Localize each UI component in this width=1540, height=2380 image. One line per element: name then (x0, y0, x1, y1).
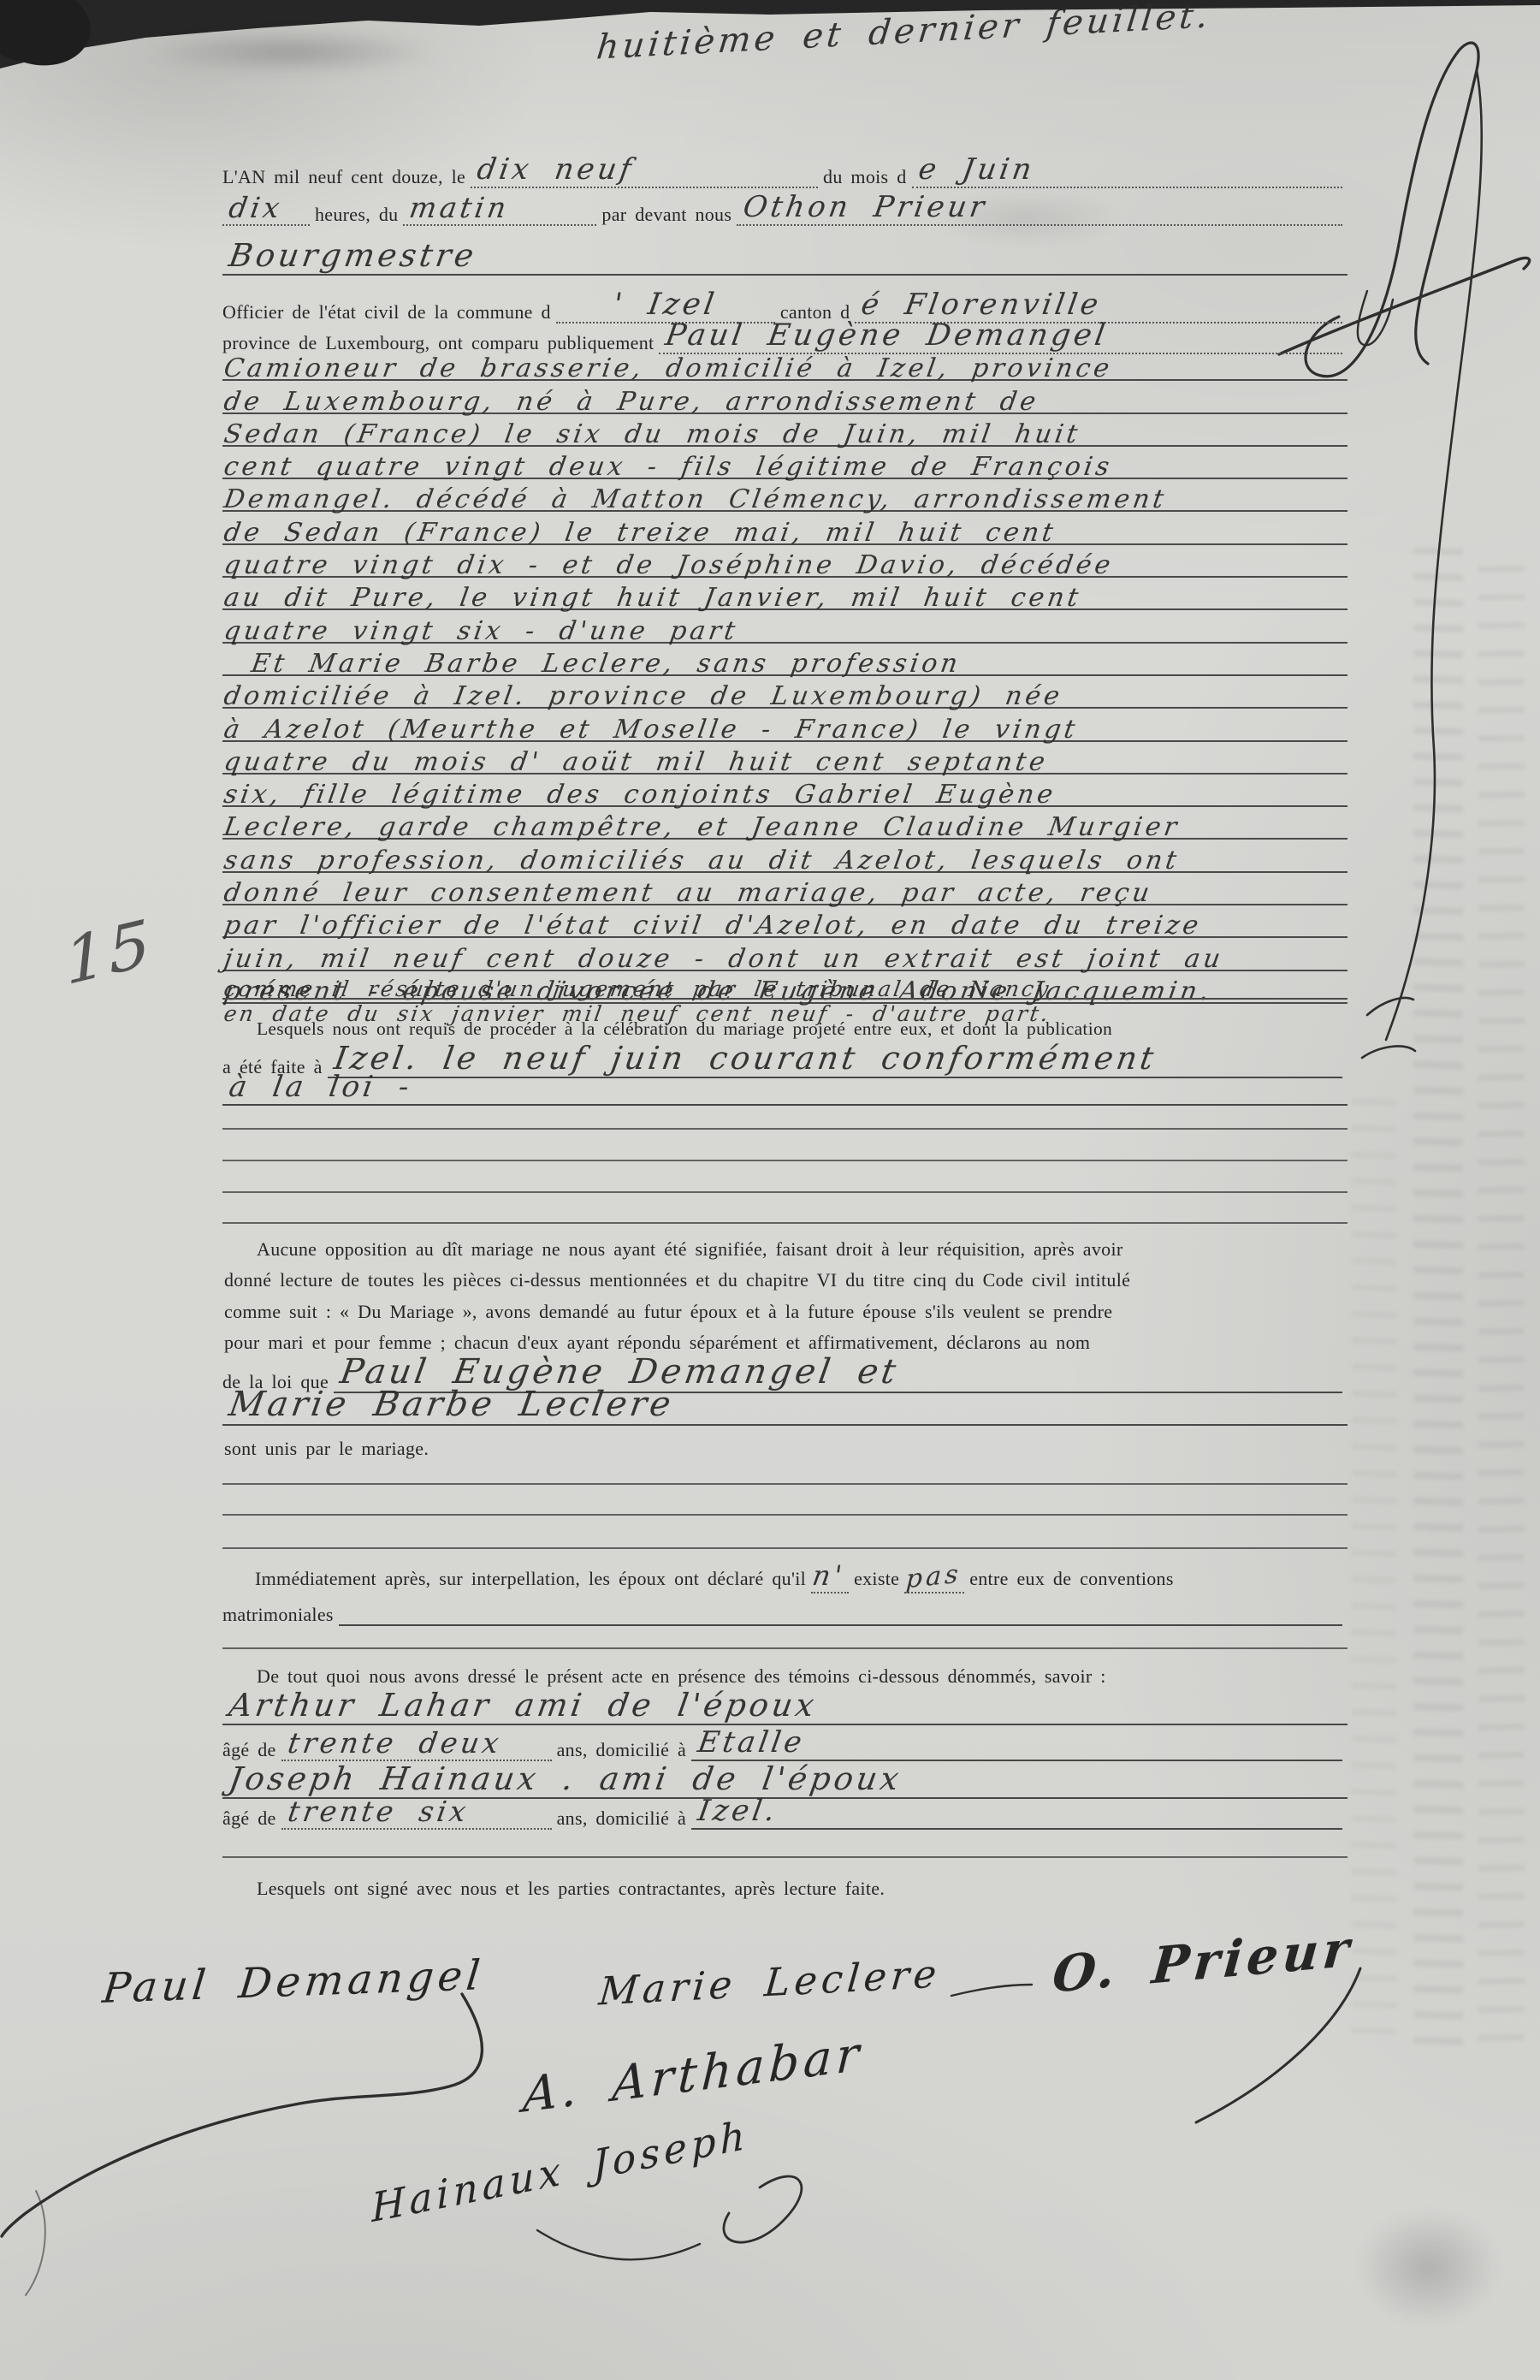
body-line: de Sedan (France) le treize mai, mil hui… (222, 512, 1347, 544)
ruled-line (222, 1647, 1347, 1649)
printed-text: donné lecture de toutes les pièces ci-de… (224, 1265, 1362, 1296)
printed-label: Immédiatement après, sur interpellation,… (222, 1568, 806, 1590)
body-line: donné leur consentement au mariage, par … (222, 873, 1347, 905)
printed-united: sont unis par le mariage. (224, 1438, 429, 1460)
printed-label: heures, du (315, 204, 398, 226)
opening-line-2: dix heures, du matin par devant nous Oth… (222, 185, 1347, 226)
body-line: Et Marie Barbe Leclere, sans profession (222, 644, 1347, 676)
signature-bride: Marie Leclere (597, 1950, 943, 2014)
ruled-line (222, 1191, 1347, 1193)
body-line: Sedan (France) le six du mois de Juin, m… (222, 414, 1347, 447)
printed-label: par devant nous (601, 204, 731, 226)
body-line: à Azelot (Meurthe et Moselle - France) l… (222, 709, 1347, 741)
body-line: Camioneur de brasserie, domicilié à Izel… (222, 348, 1347, 381)
blank-field: trente six (281, 1795, 552, 1830)
handwritten-witness-1: Arthur Lahar ami de l'époux (227, 1687, 820, 1724)
ruled-line (222, 1856, 1347, 1858)
body-line: sans profession, domiciliés au dit Azelo… (222, 840, 1347, 872)
blank-field: Arthur Lahar ami de l'époux (222, 1687, 1347, 1725)
civil-registry-page: huitième et dernier feuillet. L'AN mil n… (0, 0, 1540, 2380)
witness-2-detail-row: âgé de trente six ans, domicilié à Izel. (222, 1790, 1347, 1830)
scan-corner-blob (0, 0, 98, 76)
handwritten-age: trente deux (286, 1726, 505, 1760)
opening-line-3: Bourgmestre (222, 229, 1347, 276)
blank-field: matin (403, 191, 596, 226)
paper-crease (94, 22, 488, 82)
body-line: quatre du mois d' aoüt mil huit cent sep… (222, 742, 1347, 775)
blank-field (339, 1617, 1342, 1626)
handwritten-officer-name: Othon Prieur (741, 190, 990, 224)
handwritten-insert: n' (810, 1559, 847, 1592)
conventions-row-2: matrimoniales (222, 1590, 1347, 1626)
body-line: quatre vingt dix - et de Joséphine Davio… (222, 545, 1347, 578)
declaration-names-row-2: Marie Barbe Leclere (222, 1386, 1347, 1426)
blank-field: pas (904, 1562, 964, 1594)
handwritten-day: dix neuf (475, 152, 637, 187)
handwritten-body: Camioneur de brasserie, domicilié à Izel… (222, 348, 1347, 1004)
blank-field: Izel. (691, 1794, 1342, 1830)
publication-cont-row: à la loi - (222, 1071, 1347, 1106)
printed-label: ans, domicilié à (557, 1807, 686, 1830)
ruled-line (222, 1160, 1347, 1161)
ruled-line (222, 1547, 1347, 1549)
printed-signed-clause: Lesquels ont signé avec nous et les part… (257, 1878, 885, 1900)
handwritten-body-small: comme il résulte d'un jugement par le tr… (222, 970, 1347, 1023)
body-line: quatre vingt six - d'une part (222, 610, 1347, 643)
blank-field: Bourgmestre (222, 237, 1347, 276)
handwritten-spouses-2: Marie Barbe Leclere (226, 1385, 677, 1424)
body-line: domiciliée à Izel. province de Luxembour… (222, 676, 1347, 709)
blank-field: Othon Prieur (737, 190, 1342, 226)
margin-number: 15 (62, 905, 155, 1000)
body-line: juin, mil neuf cent douze - dont un extr… (222, 938, 1347, 970)
printed-label: entre eux de conventions (969, 1568, 1174, 1590)
printed-text: Aucune opposition au dît mariage ne nous… (224, 1234, 1362, 1265)
body-line: Leclere, garde champêtre, et Jeanne Clau… (222, 807, 1347, 840)
handwritten-publication-cont: à la loi - (227, 1070, 415, 1104)
blank-field: dix neuf (471, 152, 818, 188)
signature-groom: Paul Demangel (100, 1951, 486, 2013)
signature-witness-1: A. Arthabar (522, 2026, 865, 2124)
printed-text: comme suit : « Du Mariage », avons deman… (224, 1297, 1362, 1327)
signature-witness-2: Hainaux Joseph (370, 2111, 749, 2231)
blank-field: n' (811, 1559, 849, 1594)
handwritten-domicile: Izel. (696, 1794, 780, 1828)
blank-field: e Juin (912, 152, 1342, 188)
ruled-line (222, 1483, 1347, 1485)
body-line: cent quatre vingt deux - fils légitime d… (222, 447, 1347, 479)
body-line: par l'officier de l'état civil d'Azelot,… (222, 905, 1347, 938)
ruled-line (222, 1514, 1347, 1516)
body-line: six, fille légitime des conjoints Gabrie… (222, 775, 1347, 807)
ink-bleed-column (1478, 565, 1525, 2062)
opening-line-1: L'AN mil neuf cent douze, le dix neuf du… (222, 147, 1347, 188)
body-line: Demangel. décédé à Matton Clémency, arro… (222, 479, 1347, 512)
body-line-small: comme il résulte d'un jugement par le tr… (222, 970, 1347, 1000)
printed-label: âgé de (222, 1807, 276, 1830)
blank-field: à la loi - (222, 1070, 1347, 1106)
ruled-line (222, 1222, 1347, 1224)
handwritten-month: e Juin (915, 152, 1037, 187)
handwritten-groom-name: Paul Eugène Demangel (663, 318, 1111, 353)
handwritten-age: trente six (286, 1795, 471, 1828)
ruled-line (222, 1128, 1347, 1130)
printed-label: existe (854, 1568, 899, 1590)
handwritten-hour: dix (227, 191, 285, 224)
signature-officer: O. Prieur (1051, 1919, 1356, 2003)
handwritten-period: matin (407, 191, 512, 224)
body-line: de Luxembourg, né à Pure, arrondissement… (222, 381, 1347, 413)
ink-smudge (1335, 2191, 1523, 2345)
handwritten-officer-title: Bourgmestre (227, 237, 480, 274)
ink-bleed-column (1413, 548, 1463, 2062)
blank-field: dix (222, 191, 310, 226)
declaration-paragraph: Aucune opposition au dît mariage ne nous… (224, 1234, 1362, 1359)
handwritten-domicile: Etalle (696, 1725, 808, 1760)
body-line: au dit Pure, le vingt huit Janvier, mil … (222, 578, 1347, 610)
witness-1-name-row: Arthur Lahar ami de l'époux (222, 1683, 1347, 1725)
printed-label: matrimoniales (222, 1604, 334, 1626)
blank-field: Marie Barbe Leclere (222, 1385, 1347, 1426)
